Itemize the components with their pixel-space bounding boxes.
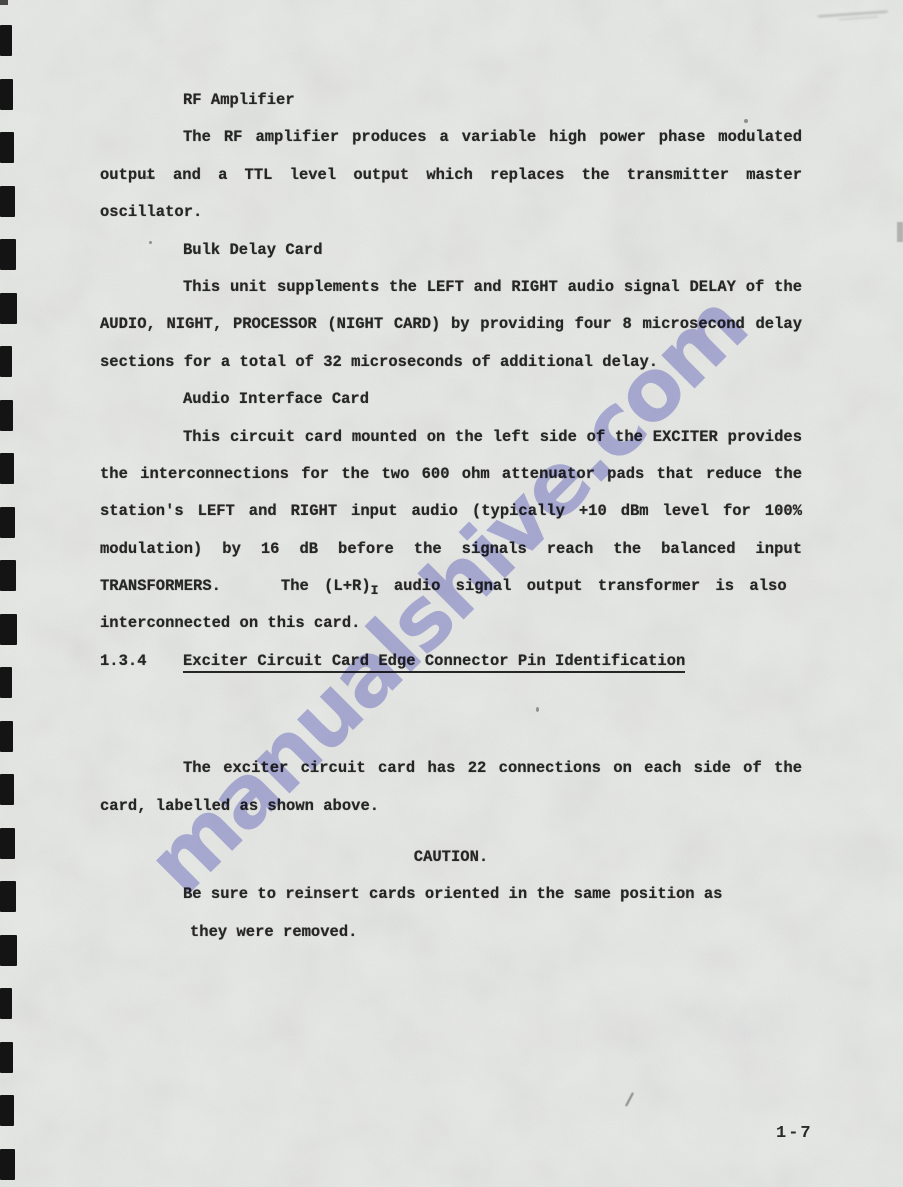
binding-mark [0,507,15,538]
section-title: Exciter Circuit Card Edge Connector Pin … [183,652,685,673]
binding-mark [0,132,14,163]
page-number: 1-7 [776,1124,813,1143]
binding-mark [0,186,15,217]
edge-scan-artifact [897,222,903,242]
binding-mark [0,453,14,484]
binding-mark [0,935,17,966]
para2-line2: AUDIO, NIGHT, PROCESSOR (NIGHT CARD) by … [100,306,802,343]
para3-line4: modulation) by 16 dB before the signals … [100,531,802,568]
binding-mark [0,828,15,859]
para3-line5-end: audio signal output transformer is also [394,577,787,595]
para3-line2: the interconnections for the two 600 ohm… [100,456,802,493]
subscript-I: I [371,583,379,598]
binding-mark [0,1149,15,1180]
para4-line2: card, labelled as shown above. [100,788,802,825]
document-text: RF Amplifier The RF amplifier produces a… [100,82,802,951]
pencil-mark-artifact [625,1092,642,1110]
binding-mark [0,667,12,698]
binding-mark [0,881,16,912]
para2-line1: This unit supplements the LEFT and RIGHT… [100,269,802,306]
section-heading: 1.3.4Exciter Circuit Card Edge Connector… [100,643,802,680]
caution-heading: CAUTION. [100,839,802,876]
scanned-manual-page: RF Amplifier The RF amplifier produces a… [0,0,903,1187]
pencil-smudge-artifact [818,8,889,29]
binding-mark [0,614,17,645]
binding-mark [0,721,13,752]
binding-mark [0,1042,13,1073]
para3-line1: This circuit card mounted on the left si… [100,419,802,456]
para3-line5-mid: The (L+R) [281,577,371,595]
corner-scan-artifact [0,0,8,5]
binding-mark [0,25,12,56]
binding-mark [0,346,12,377]
para4-line1: The exciter circuit card has 22 connecti… [100,750,802,787]
caution-line1: Be sure to reinsert cards oriented in th… [100,876,802,913]
figure-gap [100,680,802,750]
para2-heading: Bulk Delay Card [100,232,802,269]
binding-mark [0,239,16,270]
para1-line1: The RF amplifier produces a variable hig… [100,119,802,156]
para3-line3: station's LEFT and RIGHT input audio (ty… [100,493,802,530]
para3-line6: interconnected on this card. [100,605,802,642]
binding-mark [0,79,13,110]
para2-line3: sections for a total of 32 microseconds … [100,344,802,381]
section-number: 1.3.4 [100,643,183,680]
binding-mark [0,774,14,805]
para1-line2: output and a TTL level output which repl… [100,157,802,194]
caution-line2: they were removed. [100,914,802,951]
para1-line3: oscillator. [100,194,802,231]
para1-heading: RF Amplifier [100,82,802,119]
para3-line5-start: TRANSFORMERS. [100,577,221,595]
binding-mark [0,293,17,324]
binding-mark [0,988,12,1019]
binding-mark [0,1095,14,1126]
para3-heading: Audio Interface Card [100,381,802,418]
binding-mark [0,560,16,591]
para3-line5: TRANSFORMERS.The (L+R)I audio signal out… [100,568,802,605]
binding-mark [0,400,13,431]
